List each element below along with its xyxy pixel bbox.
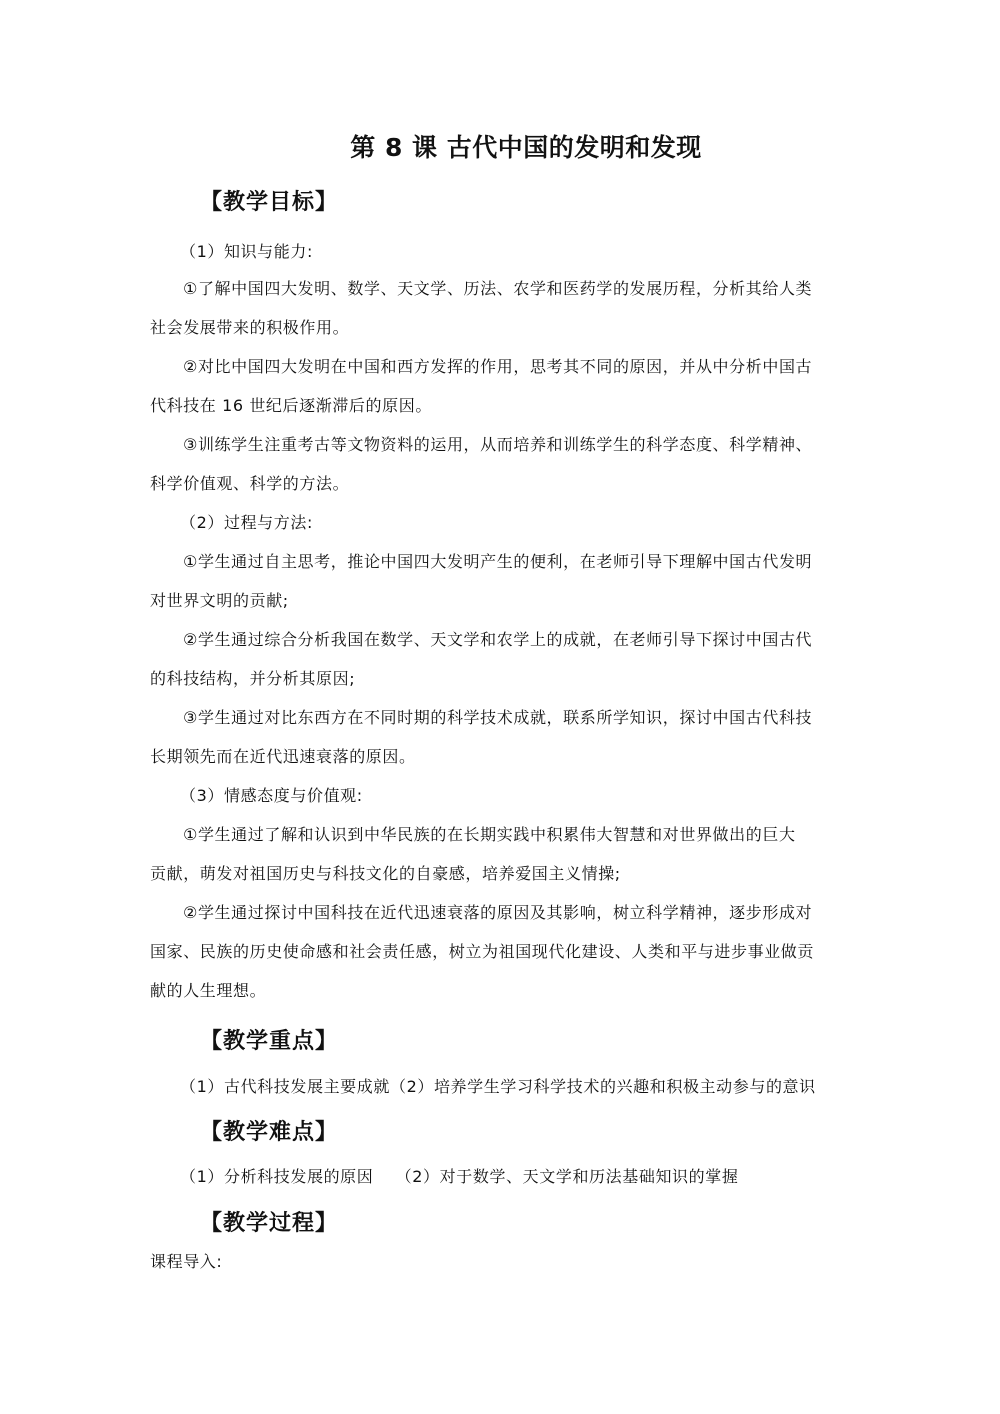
- process-item-2-line-1: ②学生通过综合分析我国在数学、天文学和农学上的成就，在老师引导下探讨中国古代: [183, 627, 812, 650]
- process-item-3-line-1: ③学生通过对比东西方在不同时期的科学技术成就，联系所学知识，探讨中国古代科技: [183, 705, 812, 728]
- knowledge-item-1-line-1: ①了解中国四大发明、数学、天文学、历法、农学和医药学的发展历程，分析其给人类: [183, 276, 812, 299]
- values-item-1-line-1: ①学生通过了解和认识到中华民族的在长期实践中积累伟大智慧和对世界做出的巨大: [183, 822, 796, 845]
- process-item-1-line-2: 对世界文明的贡献;: [150, 588, 289, 611]
- subheading-process-method: （2）过程与方法:: [180, 510, 313, 533]
- process-item-3-line-2: 长期领先而在近代迅速衰落的原因。: [150, 744, 416, 767]
- process-item-2-line-2: 的科技结构，并分析其原因;: [150, 666, 355, 689]
- values-item-1-line-2: 贡献，萌发对祖国历史与科技文化的自豪感，培养爱国主义情操;: [150, 861, 621, 884]
- knowledge-item-2-line-2: 代科技在 16 世纪后逐渐滞后的原因。: [150, 393, 432, 416]
- heading-teaching-objectives: 【教学目标】: [200, 185, 338, 216]
- heading-key-points: 【教学重点】: [200, 1024, 338, 1055]
- knowledge-item-2-line-1: ②对比中国四大发明在中国和西方发挥的作用，思考其不同的原因，并从中分析中国古: [183, 354, 812, 377]
- subheading-emotion-values: （3）情感态度与价值观:: [180, 783, 363, 806]
- values-item-2-line-2: 国家、民族的历史使命感和社会责任感，树立为祖国现代化建设、人类和平与进步事业做贡: [150, 939, 814, 962]
- document-title: 第 8 课 古代中国的发明和发现: [0, 128, 1000, 164]
- heading-difficulties: 【教学难点】: [200, 1115, 338, 1146]
- subheading-knowledge-ability: （1）知识与能力:: [180, 239, 313, 262]
- knowledge-item-3-line-1: ③训练学生注重考古等文物资料的运用，从而培养和训练学生的科学态度、科学精神、: [183, 432, 812, 455]
- knowledge-item-3-line-2: 科学价值观、科学的方法。: [150, 471, 349, 494]
- heading-teaching-process: 【教学过程】: [200, 1206, 338, 1237]
- process-item-1-line-1: ①学生通过自主思考，推论中国四大发明产生的便利，在老师引导下理解中国古代发明: [183, 549, 812, 572]
- key-points-text: （1）古代科技发展主要成就（2）培养学生学习科学技术的兴趣和积极主动参与的意识: [180, 1074, 816, 1097]
- knowledge-item-1-line-2: 社会发展带来的积极作用。: [150, 315, 349, 338]
- course-intro-label: 课程导入:: [150, 1249, 222, 1272]
- values-item-2-line-1: ②学生通过探讨中国科技在近代迅速衰落的原因及其影响，树立科学精神，逐步形成对: [183, 900, 812, 923]
- document-page: 第 8 课 古代中国的发明和发现 【教学目标】 （1）知识与能力: ①了解中国四…: [0, 0, 1000, 1414]
- difficulties-text: （1）分析科技发展的原因 （2）对于数学、天文学和历法基础知识的掌握: [180, 1164, 738, 1187]
- values-item-2-line-3: 献的人生理想。: [150, 978, 266, 1001]
